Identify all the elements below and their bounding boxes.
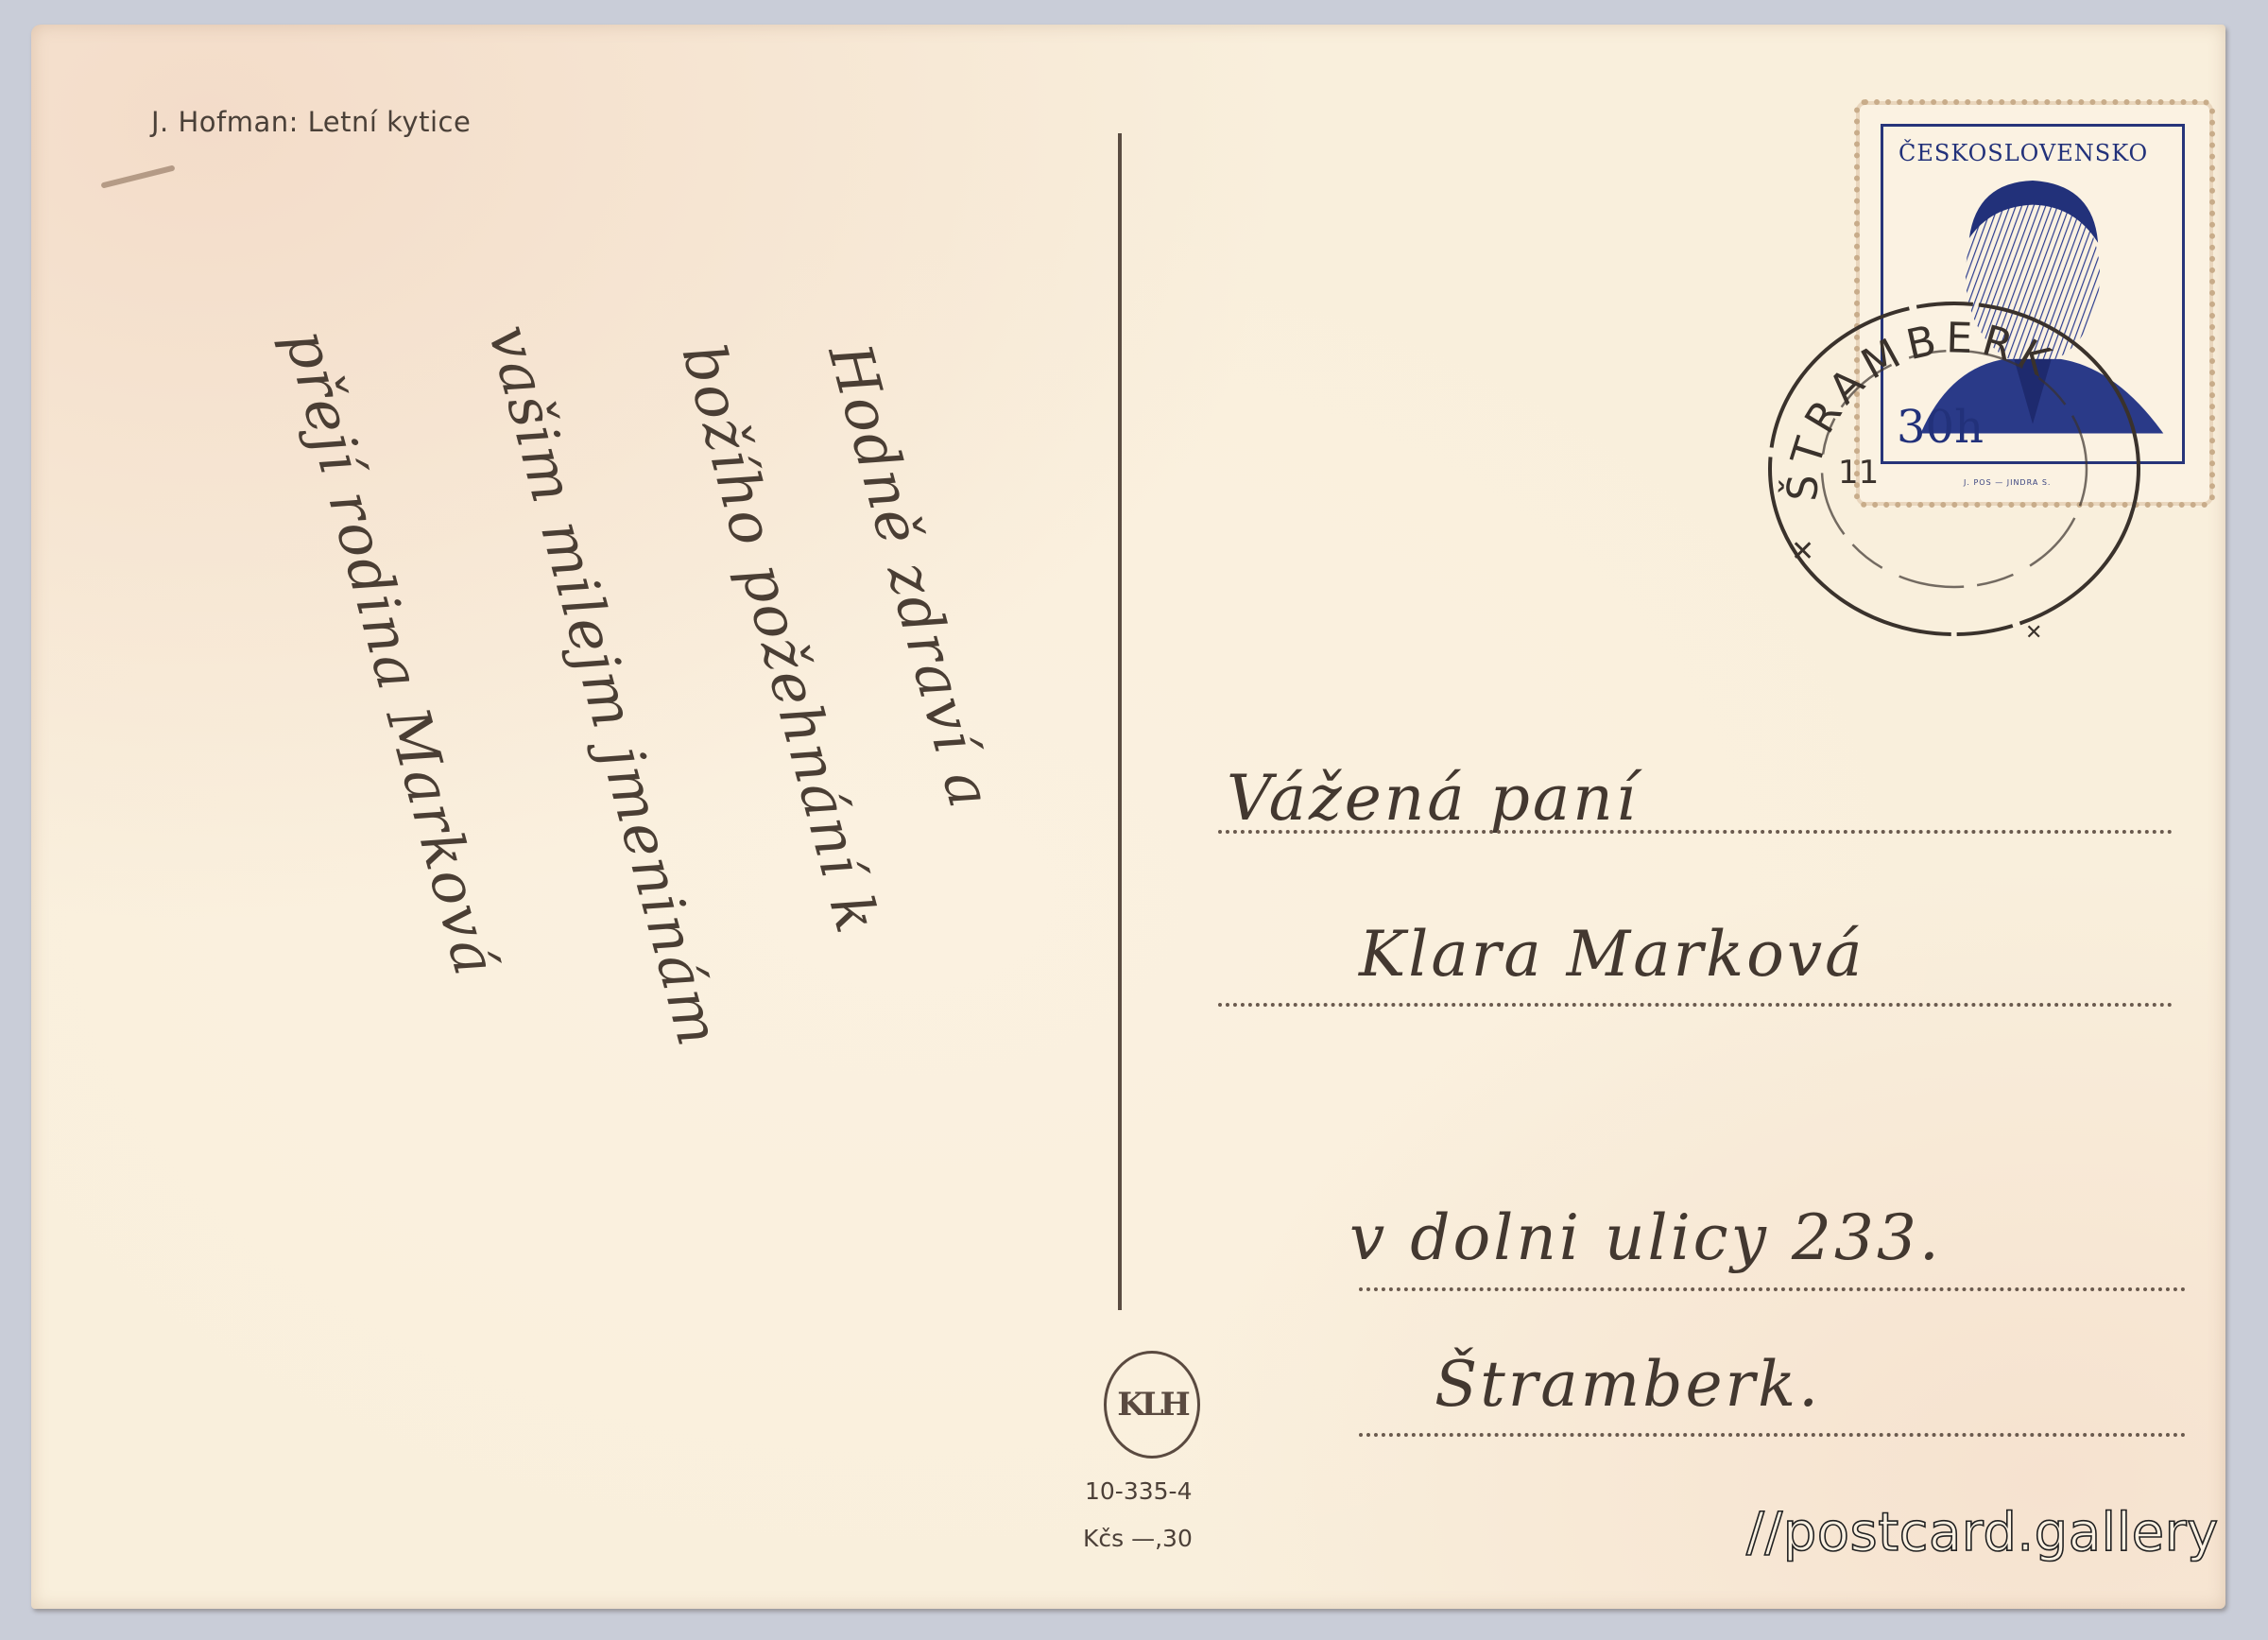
postmark-cross-icon: ✕	[2025, 621, 2042, 645]
message-line: přejí rodina Marková	[271, 322, 510, 984]
publisher-logo: KLH	[1104, 1351, 1200, 1459]
watermark: //postcard.gallery	[1746, 1502, 2219, 1563]
stamp-country: ČESKOSLOVENSKO	[1899, 140, 2148, 166]
publisher-code: 10-335-4	[1085, 1477, 1192, 1505]
postmark: ŠTRAMBERK 11 ✕ ✕	[1751, 266, 2148, 653]
postmark-date: 11	[1838, 454, 1879, 492]
postmark-cross-icon: ✕	[1791, 535, 1814, 568]
artwork-caption: J. Hofman: Letní kytice	[151, 106, 471, 138]
postcard: J. Hofman: Letní kytice Hodně zdraví a b…	[31, 25, 2225, 1609]
address-dotted-line	[1359, 1287, 2186, 1291]
postmark-town: ŠTRAMBERK	[1777, 314, 2064, 502]
address-dotted-line	[1218, 830, 2173, 834]
address-line: Vážená paní	[1227, 762, 1639, 835]
address-line: Klara Marková	[1359, 918, 1864, 991]
center-divider	[1118, 133, 1122, 1310]
address-dotted-line	[1359, 1433, 2186, 1437]
address-line: v dolni ulicy 233.	[1349, 1201, 1942, 1274]
svg-text:ŠTRAMBERK: ŠTRAMBERK	[1777, 314, 2064, 502]
address-line: Štramberk.	[1435, 1348, 1821, 1421]
ink-smudge	[100, 164, 175, 188]
address-dotted-line	[1218, 1003, 2173, 1007]
price-label: Kčs —,30	[1083, 1525, 1193, 1552]
